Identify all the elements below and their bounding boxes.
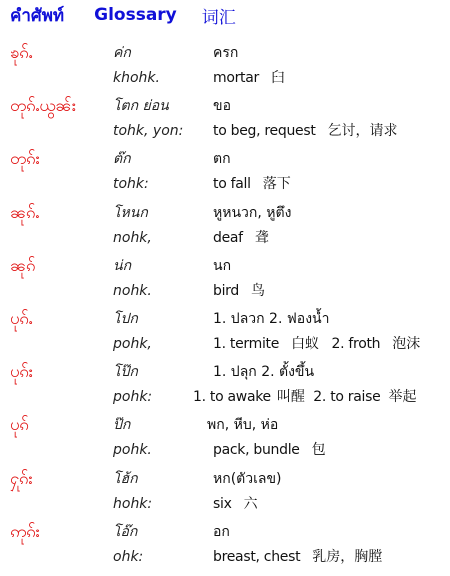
latin-transliteration: ohk: (113, 548, 143, 566)
thai-gloss: นก (213, 257, 231, 275)
english-gloss: bird (213, 283, 239, 299)
translation: breast, chest乳房，胸膛 (213, 548, 382, 566)
latin-transliteration: hohk: (113, 495, 152, 513)
thai-transliteration: ป๊ก (113, 416, 130, 434)
translation: 1. termite白蚁 2. froth泡沫 (213, 335, 420, 353)
latin-transliteration: nohk, (113, 229, 152, 247)
chinese-gloss: 白蚁 (291, 336, 319, 352)
thai-transliteration: โป๊ก (113, 363, 138, 381)
latin-transliteration: khohk. (113, 69, 160, 87)
translation: deaf聋 (213, 229, 269, 247)
headword: ပုၵ်ႉ (10, 308, 33, 330)
chinese-gloss: 六 (244, 496, 258, 512)
thai-transliteration: ค่ก (113, 44, 131, 62)
translation: to fall落下 (213, 175, 291, 193)
glossary-entry: ၼုၵ် น่ก นก nohk. bird鸟 (0, 255, 450, 308)
headword: ၶုၵ်ႉ (10, 42, 33, 64)
thai-transliteration: โฮ้ก (113, 470, 138, 488)
chinese-gloss: 聋 (255, 230, 269, 246)
thai-gloss: อก (213, 523, 230, 541)
latin-transliteration: pohk. (113, 441, 152, 459)
chinese-gloss-2: 泡沫 (392, 336, 420, 352)
thai-transliteration: น่ก (113, 257, 131, 275)
translation: 1. to awake叫醒 2. to raise举起 (193, 388, 416, 406)
chinese-gloss: 鸟 (251, 283, 265, 299)
glossary-entry: ႁုၵ်း โฮ้ก หก(ตัวเลข) hohk: six六 (0, 468, 450, 521)
glossary-entry: တုၵ်ႉယွၼ်း โตก ย่อน ขอ tohk, yon: to beg… (0, 95, 450, 148)
glossary-entry: ပုၵ်ႉ โปก 1. ปลวก 2. ฟองน้ำ pohk, 1. ter… (0, 308, 450, 361)
chinese-gloss-2: 举起 (388, 389, 416, 405)
glossary-entry: ပုၵ်း โป๊ก 1. ปลุก 2. ตั้งขึ้น pohk: 1. … (0, 361, 450, 414)
chinese-gloss: 叫醒 (277, 389, 305, 405)
chinese-gloss: 乞讨，请求 (328, 123, 398, 139)
latin-transliteration: tohk: (113, 175, 149, 193)
headword: တုၵ်ႉယွၼ်း (10, 95, 76, 117)
english-gloss: 1. termite (213, 336, 279, 352)
headword: တုၵ်း (10, 148, 39, 170)
english-gloss: mortar (213, 70, 259, 86)
thai-gloss: หก(ตัวเลข) (213, 470, 282, 488)
glossary-entry: တုၵ်း ต๊ก ตก tohk: to fall落下 (0, 148, 450, 201)
thai-gloss: ตก (213, 150, 231, 168)
headword: ၼုၵ် (10, 255, 35, 277)
thai-gloss: ครก (213, 44, 238, 62)
latin-transliteration: tohk, yon: (113, 122, 183, 140)
glossary-title: คำศัพท์ Glossary 词汇 (10, 2, 236, 28)
translation: bird鸟 (213, 282, 265, 300)
glossary-entry: ၼုၵ်ႉ โหนก หูหนวก, หูตึง nohk, deaf聋 (0, 202, 450, 255)
english-gloss: to fall (213, 176, 251, 192)
translation: mortar臼 (213, 69, 285, 87)
translation: six六 (213, 495, 258, 513)
chinese-gloss: 落下 (263, 176, 291, 192)
headword: ပုၵ်း (10, 361, 33, 383)
glossary-entry: ၶုၵ်ႉ ค่ก ครก khohk. mortar臼 (0, 42, 450, 95)
chinese-gloss: 臼 (271, 70, 285, 86)
thai-gloss: 1. ปลวก 2. ฟองน้ำ (213, 310, 329, 328)
thai-transliteration: โตก ย่อน (113, 97, 169, 115)
headword: ၼုၵ်ႉ (10, 202, 39, 224)
english-gloss: deaf (213, 230, 243, 246)
headword: ပုၵ် (10, 414, 28, 436)
title-thai: คำศัพท์ (10, 2, 64, 29)
translation: to beg, request乞讨，请求 (213, 122, 398, 140)
thai-transliteration: โปก (113, 310, 138, 328)
glossary-entries: ၶုၵ်ႉ ค่ก ครก khohk. mortar臼 တုၵ်ႉယွၼ်း … (0, 42, 450, 574)
english-gloss: six (213, 496, 232, 512)
english-gloss-2: 2. to raise (313, 389, 380, 405)
title-chinese: 词汇 (202, 3, 236, 28)
chinese-gloss: 乳房，胸膛 (312, 549, 382, 565)
thai-transliteration: โอ๊ก (113, 523, 137, 541)
thai-gloss: ขอ (213, 97, 231, 115)
latin-transliteration: pohk, (113, 335, 152, 353)
headword: ႁုၵ်း (10, 468, 32, 490)
english-gloss: pack, bundle (213, 442, 300, 458)
title-english: Glossary (94, 5, 177, 25)
thai-gloss: 1. ปลุก 2. ตั้งขึ้น (213, 363, 314, 381)
thai-transliteration: ต๊ก (113, 150, 131, 168)
chinese-gloss: 包 (312, 442, 326, 458)
headword: ဢုၵ်း (10, 521, 39, 543)
glossary-entry: ဢုၵ်း โอ๊ก อก ohk: breast, chest乳房，胸膛 (0, 521, 450, 574)
english-gloss: to beg, request (213, 123, 316, 139)
latin-transliteration: nohk. (113, 282, 152, 300)
english-gloss-2: 2. froth (332, 336, 381, 352)
glossary-entry: ပုၵ် ป๊ก พก, หีบ, ห่อ pohk. pack, bundle… (0, 414, 450, 467)
thai-gloss: หูหนวก, หูตึง (213, 204, 291, 222)
latin-transliteration: pohk: (113, 388, 152, 406)
thai-transliteration: โหนก (113, 204, 148, 222)
english-gloss: breast, chest (213, 549, 300, 565)
english-gloss: 1. to awake (193, 389, 271, 405)
translation: pack, bundle包 (213, 441, 326, 459)
thai-gloss: พก, หีบ, ห่อ (207, 416, 278, 434)
